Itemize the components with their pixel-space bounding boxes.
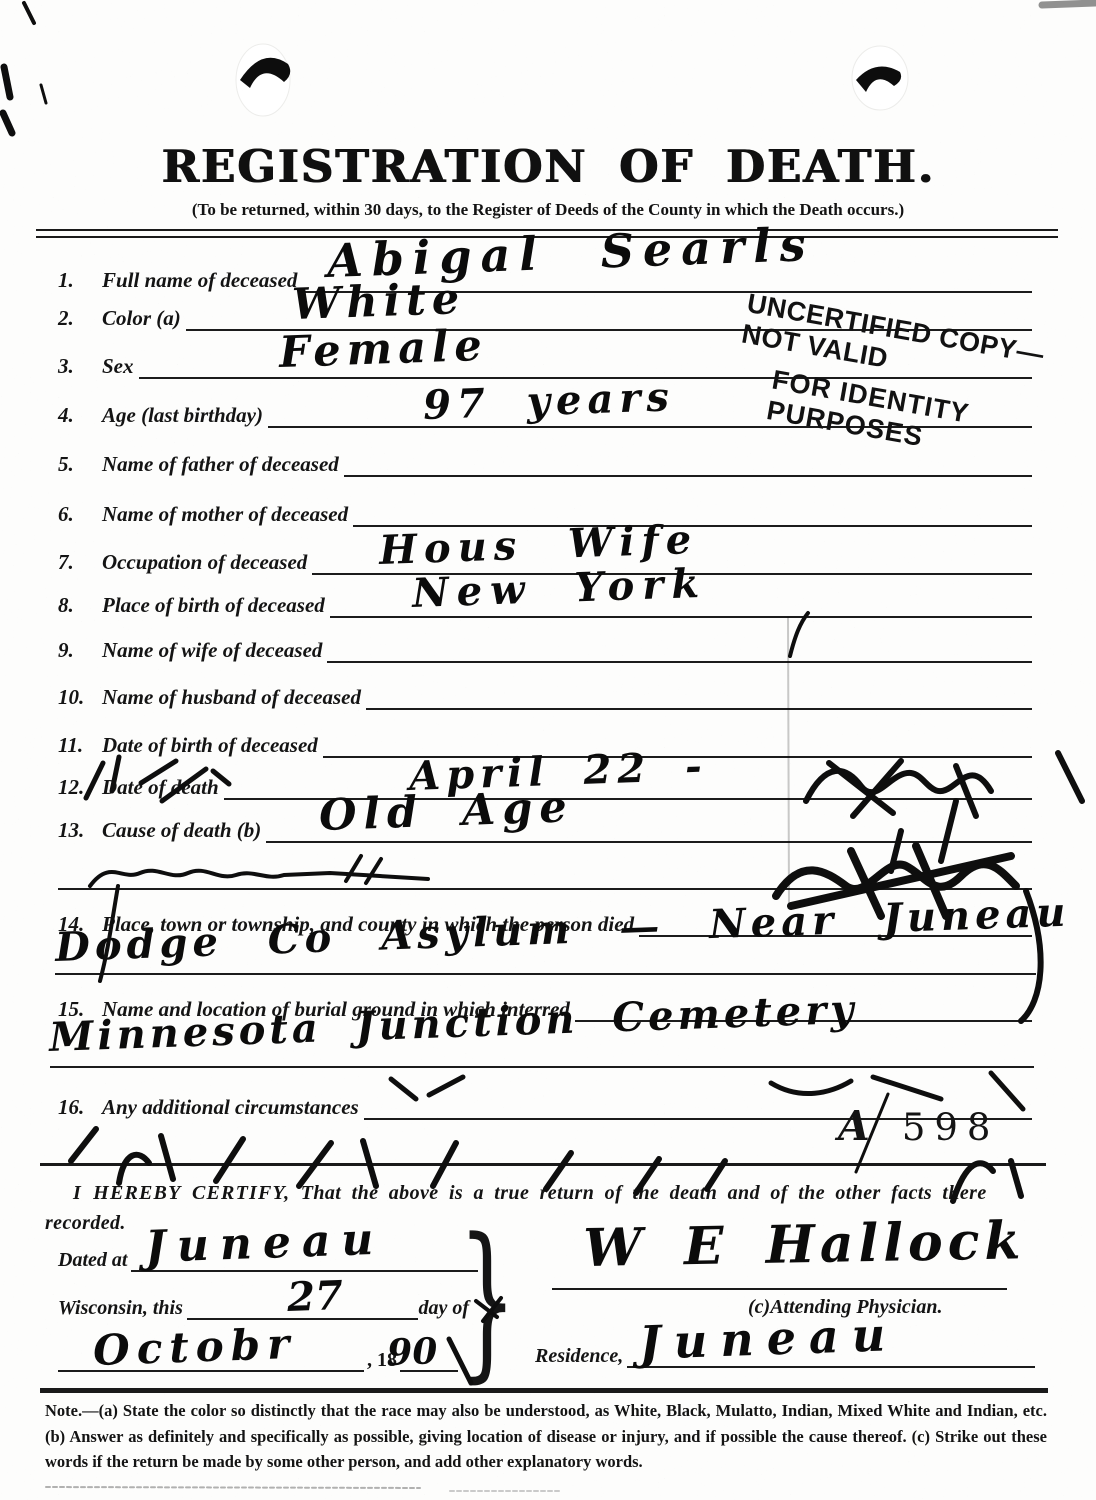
dated-at-label: Dated at — [58, 1249, 131, 1272]
reference-prefix: A — [838, 1102, 870, 1150]
field-label: Color (a) — [102, 306, 186, 331]
page-subtitle: (To be returned, within 30 days, to the … — [0, 200, 1096, 220]
state-label: Wisconsin, this — [58, 1297, 187, 1320]
handwritten-sex: Female — [278, 321, 488, 378]
field-label: Date of death — [102, 775, 224, 800]
field-row-father: 5.Name of father of deceased — [58, 443, 1032, 477]
field-number: 6. — [58, 502, 102, 527]
field-number: 3. — [58, 354, 102, 379]
field-number: 13. — [58, 818, 102, 843]
field-number: 8. — [58, 593, 102, 618]
field-line — [366, 674, 1032, 710]
field-label: Sex — [102, 354, 139, 379]
field-label: Full name of deceased — [102, 268, 302, 293]
field-label: Age (last birthday) — [102, 403, 268, 428]
field-label: Place of birth of deceased — [102, 593, 330, 618]
reference-number: A598 — [838, 1102, 999, 1150]
handwritten-age: 97 years — [422, 373, 675, 429]
page-title: REGISTRATION OF DEATH. — [0, 140, 1096, 193]
field-label: Date of birth of deceased — [102, 733, 323, 758]
state-day-row: Wisconsin, thisday of — [58, 1286, 473, 1320]
note-rule — [40, 1388, 1048, 1393]
punch-hole — [236, 44, 290, 116]
field-line — [327, 627, 1032, 663]
field-label: Name of husband of deceased — [102, 685, 366, 710]
field-number: 9. — [58, 638, 102, 663]
field-label: Cause of death (b) — [102, 818, 266, 843]
certify-lead: I HEREBY CERTIFY, — [73, 1182, 290, 1204]
certification-rule — [40, 1163, 1046, 1166]
footnote-text: Note.—(a) State the color so distinctly … — [45, 1398, 1047, 1475]
burial-entry-line — [50, 1066, 1034, 1068]
field-row-husband: 10.Name of husband of deceased — [58, 676, 1032, 710]
field-number: 7. — [58, 550, 102, 575]
reference-value: 598 — [902, 1106, 1000, 1149]
handwritten-residence: Juneau — [638, 1307, 899, 1370]
field-label: Name of wife of deceased — [102, 638, 327, 663]
field-number: 2. — [58, 306, 102, 331]
field-number: 4. — [58, 403, 102, 428]
field-label: Name of father of deceased — [102, 452, 344, 477]
handwritten-dated-at: Juneau — [144, 1214, 385, 1273]
field-number: 1. — [58, 268, 102, 293]
field-number: 11. — [58, 733, 102, 758]
field-number: 16. — [58, 1095, 102, 1120]
handwritten-place-died: Dodge Co Asylum — Near Juneau — [54, 889, 1071, 971]
field-label: Occupation of deceased — [102, 550, 312, 575]
punch-hole — [852, 46, 908, 110]
brace-glyph: } — [458, 1218, 517, 1383]
field-label: Name of mother of deceased — [102, 502, 353, 527]
handwritten-day: 27 — [286, 1272, 343, 1321]
handwritten-year: 90 — [387, 1330, 439, 1374]
handwritten-cause: Old Age — [318, 782, 574, 841]
place-died-entry-line — [55, 973, 1036, 975]
field-label: Any additional circumstances — [102, 1095, 364, 1120]
physician-signature: W E Hallock — [583, 1210, 1026, 1279]
field-number: 12. — [58, 775, 102, 800]
field-row-wife: 9.Name of wife of deceased — [58, 629, 1032, 663]
field-number: 10. — [58, 685, 102, 710]
signature-line — [552, 1288, 1007, 1290]
field-number: 5. — [58, 452, 102, 477]
punch-hole-shadow — [240, 58, 290, 88]
residence-label: Residence, — [535, 1345, 627, 1368]
death-registration-form: REGISTRATION OF DEATH. (To be returned, … — [0, 0, 1096, 1500]
cause-continuation-line — [58, 888, 1032, 890]
punch-hole-shadow — [856, 67, 901, 92]
handwritten-month: Octobr — [92, 1319, 297, 1375]
